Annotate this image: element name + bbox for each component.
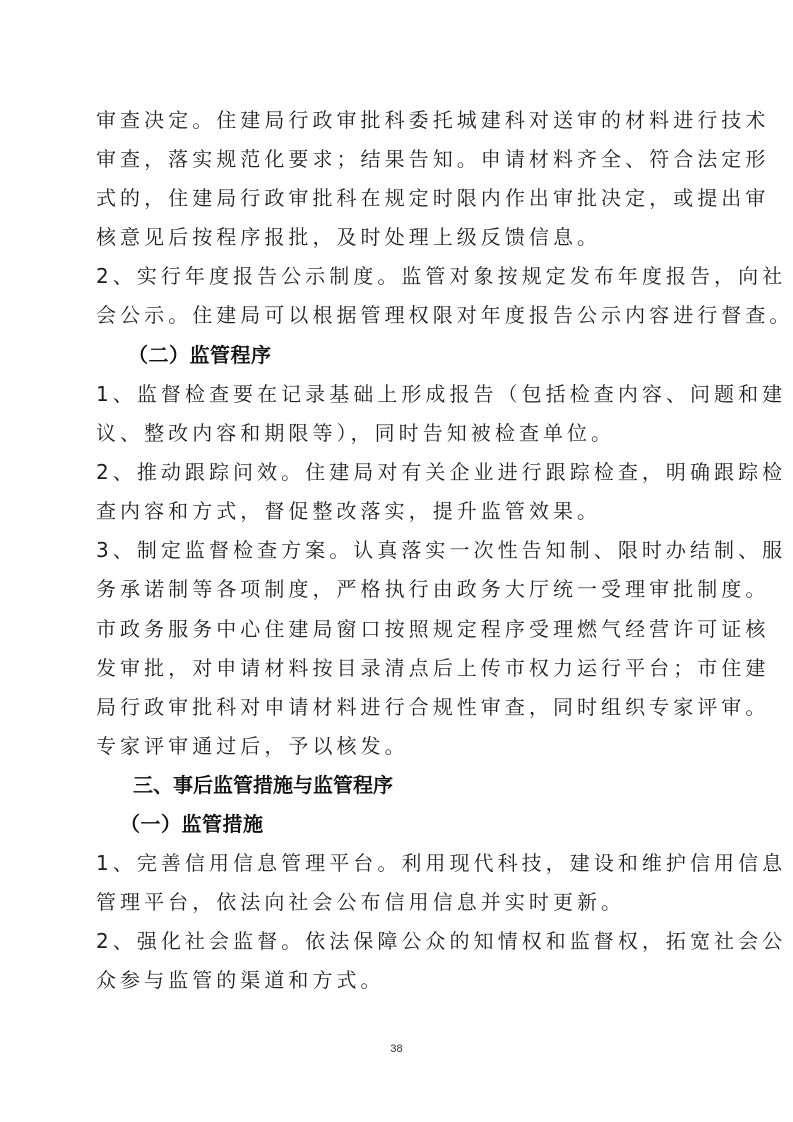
paragraph-line: 1、监督检查要在记录基础上形成报告（包括检查内容、问题和建 xyxy=(96,382,786,406)
page-number: 38 xyxy=(0,1042,793,1056)
paragraph-line: 发审批，对申请材料按目录清点后上传市权力运行平台；市住建 xyxy=(96,656,769,680)
paragraph-line: 式的，住建局行政审批科在规定时限内作出审批决定，或提出审 xyxy=(96,186,769,210)
paragraph-line: 市政务服务中心住建局窗口按照规定程序受理燃气经营许可证核 xyxy=(96,617,769,641)
paragraph-line: 管理平台，依法向社会公布信用信息并实时更新。 xyxy=(96,890,625,914)
paragraph-line: 专家评审通过后，予以核发。 xyxy=(96,734,409,758)
subsection-heading-supervision-measures: （一）监管措施 xyxy=(120,812,264,836)
paragraph-line: 议、整改内容和期限等），同时告知被检查单位。 xyxy=(96,421,615,445)
paragraph-line: 2、推动跟踪问效。住建局对有关企业进行跟踪检查，明确跟踪检 xyxy=(96,460,786,484)
subsection-heading-supervision-procedure: （二）监管程序 xyxy=(128,343,272,367)
paragraph-line: 众参与监管的渠道和方式。 xyxy=(96,968,385,992)
paragraph-line: 2、实行年度报告公示制度。监管对象按规定发布年度报告，向社 xyxy=(96,264,786,288)
paragraph-line: 1、完善信用信息管理平台。利用现代科技，建设和维护信用信息 xyxy=(96,851,786,875)
paragraph-line: 局行政审批科对申请材料进行合规性审查，同时组织专家评审。 xyxy=(96,695,769,719)
paragraph-line: 会公示。住建局可以根据管理权限对年度报告公示内容进行督查。 xyxy=(96,303,793,327)
section-heading-post-supervision: 三、事后监管措施与监管程序 xyxy=(133,773,393,797)
paragraph-line: 2、强化社会监督。依法保障公众的知情权和监督权，拓宽社会公 xyxy=(96,929,786,953)
paragraph-line: 务承诺制等各项制度，严格执行由政务大厅统一受理审批制度。 xyxy=(96,577,769,601)
document-page: 审查决定。住建局行政审批科委托城建科对送审的材料进行技术 审查，落实规范化要求；… xyxy=(0,0,793,1122)
paragraph-line: 审查决定。住建局行政审批科委托城建科对送审的材料进行技术 xyxy=(96,108,769,132)
paragraph-line: 查内容和方式，督促整改落实，提升监管效果。 xyxy=(96,499,601,523)
paragraph-line: 核意见后按程序报批，及时处理上级反馈信息。 xyxy=(96,225,601,249)
paragraph-line: 3、制定监督检查方案。认真落实一次性告知制、限时办结制、服 xyxy=(96,538,786,562)
paragraph-line: 审查，落实规范化要求；结果告知。申请材料齐全、符合法定形 xyxy=(96,147,769,171)
